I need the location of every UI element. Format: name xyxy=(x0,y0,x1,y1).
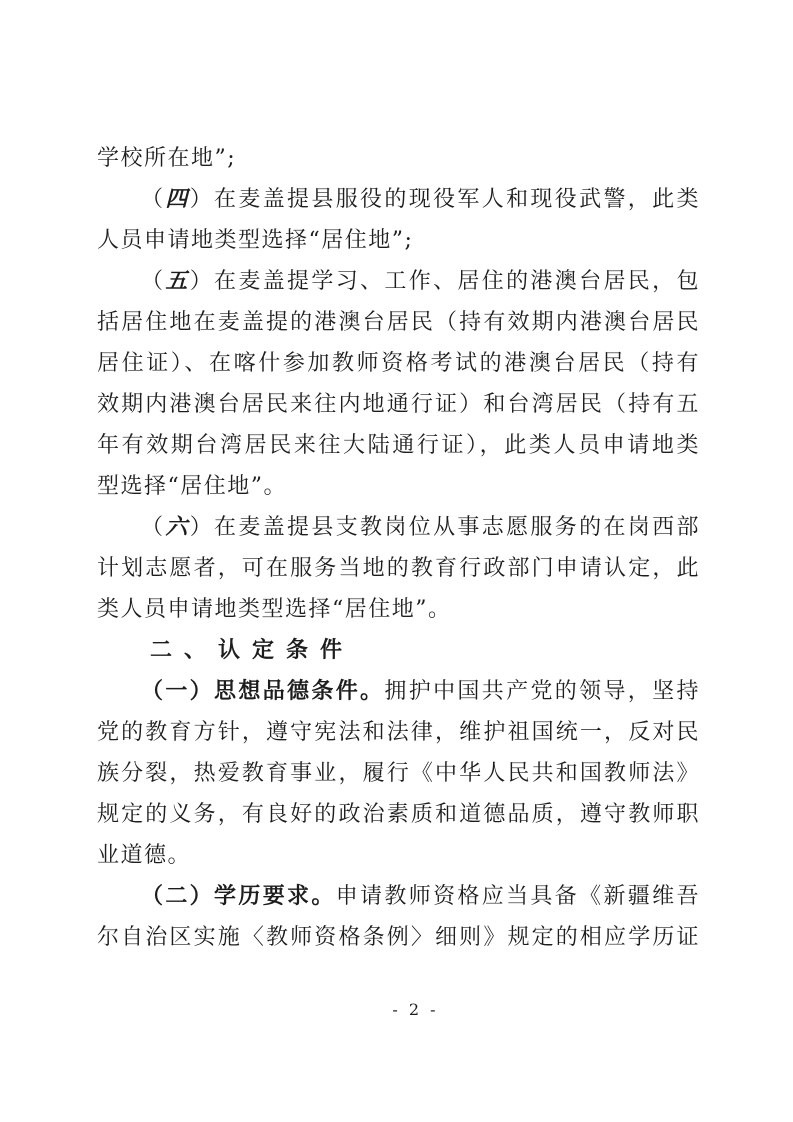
text-line: 括居住地在麦盖提的港澳台居民（持有效期内港澳台居民 xyxy=(97,302,700,343)
text-run-marker: 五 xyxy=(165,268,189,294)
text-line: 人员申请地类型选择“居住地”; xyxy=(97,220,700,261)
text-line: 计划志愿者，可在服务当地的教育行政部门申请认定，此 xyxy=(97,548,700,589)
text-run-body: 党的教育方针，遵守宪法和法律，维护祖国统一，反对民 xyxy=(97,720,700,745)
document-page: 学校所在地”;（四）在麦盖提县服役的现役军人和现役武警，此类人员申请地类型选择“… xyxy=(0,0,793,1122)
text-run-body: 族分裂，热爱教育事业，履行《中华人民共和国教师法》 xyxy=(97,761,700,786)
text-run-body: 年有效期台湾居民来往大陆通行证），此类人员申请地类 xyxy=(97,433,700,458)
document-body: 学校所在地”;（四）在麦盖提县服役的现役军人和现役武警，此类人员申请地类型选择“… xyxy=(97,138,700,958)
text-line: 规定的义务，有良好的政治素质和道德品质，遵守教师职 xyxy=(97,794,700,835)
text-run-marker: 六 xyxy=(165,514,189,540)
page-footer: - 2 - xyxy=(0,1000,793,1020)
text-line: 尔自治区实施〈教师资格条例〉细则》规定的相应学历证 xyxy=(97,917,700,958)
text-run-body: 申请教师资格应当具备《新疆维吾 xyxy=(336,884,700,909)
text-line: （二）学历要求。申请教师资格应当具备《新疆维吾 xyxy=(97,876,700,917)
text-run-body: （ xyxy=(141,515,165,540)
text-run-body: 计划志愿者，可在服务当地的教育行政部门申请认定，此 xyxy=(97,556,700,581)
text-line: 学校所在地”; xyxy=(97,138,700,179)
text-run-body: 学校所在地”; xyxy=(97,146,236,171)
text-run-body: 业道德。 xyxy=(97,843,191,868)
text-line: （一）思想品德条件。拥护中国共产党的领导，坚持 xyxy=(97,671,700,712)
text-run-body: ）在麦盖提县支教岗位从事志愿服务的在岗西部 xyxy=(190,515,700,540)
text-line: 族分裂，热爱教育事业，履行《中华人民共和国教师法》 xyxy=(97,753,700,794)
text-run-body: ）在麦盖提学习、工作、居住的港澳台居民，包 xyxy=(190,269,700,294)
text-line: （五）在麦盖提学习、工作、居住的港澳台居民，包 xyxy=(97,261,700,302)
text-run-heading: 二、认定条件 xyxy=(150,638,354,663)
text-run-body: 型选择“居住地”。 xyxy=(97,474,287,499)
text-line: 类人员申请地类型选择“居住地”。 xyxy=(97,589,700,630)
text-run-body: （ xyxy=(141,269,165,294)
text-run-marker: 四 xyxy=(165,186,189,212)
text-line: （四）在麦盖提县服役的现役军人和现役武警，此类 xyxy=(97,179,700,220)
text-run-body: 居住证）、在喀什参加教师资格考试的港澳台居民（持有 xyxy=(97,351,700,376)
text-line: 居住证）、在喀什参加教师资格考试的港澳台居民（持有 xyxy=(97,343,700,384)
page-number: - 2 - xyxy=(392,1000,438,1019)
text-run-body: 类人员申请地类型选择“居住地”。 xyxy=(97,597,452,622)
text-run-body: 规定的义务，有良好的政治素质和道德品质，遵守教师职 xyxy=(97,802,700,827)
text-run-lead: （二）学历要求。 xyxy=(141,883,336,909)
text-run-body: 人员申请地类型选择“居住地”; xyxy=(97,228,413,253)
text-line: 党的教育方针，遵守宪法和法律，维护祖国统一，反对民 xyxy=(97,712,700,753)
text-run-body: 效期内港澳台居民来往内地通行证）和台湾居民（持有五 xyxy=(97,392,700,417)
text-run-body: 括居住地在麦盖提的港澳台居民（持有效期内港澳台居民 xyxy=(97,310,700,335)
text-run-body: （ xyxy=(141,187,165,212)
text-line: 效期内港澳台居民来往内地通行证）和台湾居民（持有五 xyxy=(97,384,700,425)
text-run-body: 拥护中国共产党的领导，坚持 xyxy=(384,679,700,704)
text-line: 年有效期台湾居民来往大陆通行证），此类人员申请地类 xyxy=(97,425,700,466)
text-line: 二、认定条件 xyxy=(97,630,700,671)
text-run-body: 尔自治区实施〈教师资格条例〉细则》规定的相应学历证 xyxy=(97,925,700,950)
text-run-body: ）在麦盖提县服役的现役军人和现役武警，此类 xyxy=(190,187,700,212)
text-line: （六）在麦盖提县支教岗位从事志愿服务的在岗西部 xyxy=(97,507,700,548)
text-line: 型选择“居住地”。 xyxy=(97,466,700,507)
text-run-lead: （一）思想品德条件。 xyxy=(141,678,384,704)
text-line: 业道德。 xyxy=(97,835,700,876)
